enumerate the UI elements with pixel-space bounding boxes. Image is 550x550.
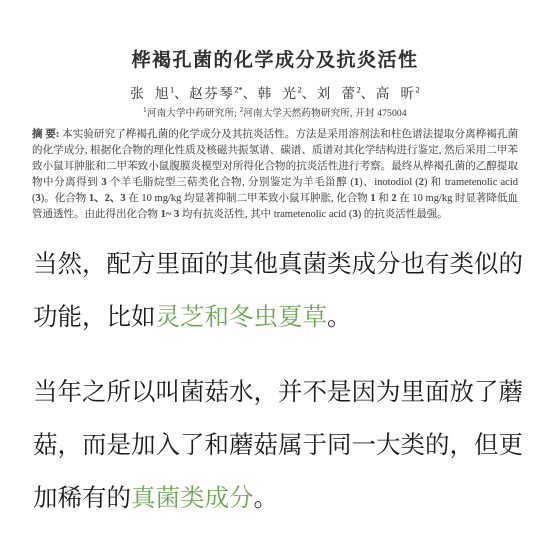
- paper-authors-line: 张 旭1、赵芬琴2*、韩 光2、刘 蕾2、高 昕2: [0, 82, 550, 102]
- text-run: 当年之所以叫菌菇水，并不是因为里面放了蘑菇，而是加入了和蘑菇属于同一大类的，但更…: [33, 379, 523, 512]
- text-run: 。: [327, 304, 352, 331]
- paper-title: 桦褐孔菌的化学成分及抗炎活性: [0, 45, 550, 72]
- commentary-paragraph-1: 当然，配方里面的其他真菌类成分也有类似的功能，比如灵芝和冬虫夏草。: [33, 238, 530, 344]
- author-separator: 、: [243, 86, 258, 101]
- text-run: 在 10 mg/kg 均显著抑制二甲苯致小鼠耳肿胀, 化合物: [126, 193, 371, 204]
- author-separator: 、: [302, 86, 317, 101]
- document-page: 桦褐孔菌的化学成分及抗炎活性 张 旭1、赵芬琴2*、韩 光2、刘 蕾2、高 昕2…: [0, 0, 550, 550]
- paper-abstract-section: 桦褐孔菌的化学成分及抗炎活性 张 旭1、赵芬琴2*、韩 光2、刘 蕾2、高 昕2…: [0, 0, 550, 223]
- commentary-paragraph-2: 当年之所以叫菌菇水，并不是因为里面放了蘑菇，而是加入了和蘑菇属于同一大类的，但更…: [33, 366, 530, 525]
- highlighted-text: 真菌类成分: [131, 485, 254, 512]
- text-run: ) 的抗炎活性最强。: [358, 209, 448, 220]
- paper-affiliation-line: 1河南大学中药研究所; 2河南大学天然药物研究所, 开封 475004: [0, 105, 550, 119]
- text-run: 1~ 3: [161, 209, 180, 220]
- author-superscript: 2*: [234, 85, 243, 95]
- text-run: )、inotodiol (: [359, 177, 419, 188]
- affiliation-text: 河南大学天然药物研究所, 开封 475004: [243, 109, 407, 119]
- author-separator: 、: [174, 86, 189, 101]
- author: 韩 光2: [258, 86, 302, 101]
- paper-abstract-text: 摘 要: 本实验研究了桦褐孔菌的化学成分及其抗炎活性。方法是采用溶剂法和柱色谱法…: [32, 127, 518, 223]
- affiliation-text: 河南大学中药研究所;: [147, 109, 240, 119]
- author-superscript: 2: [416, 85, 420, 95]
- text-run: 1、2、3: [89, 193, 126, 204]
- text-run: )。化合物: [41, 193, 89, 204]
- text-run: 和: [376, 193, 392, 204]
- author: 刘 蕾2: [317, 86, 361, 101]
- text-run: 均有抗炎活性, 其中 trametenolic acid (: [179, 209, 352, 220]
- author: 高 昕2: [376, 86, 420, 101]
- author: 张 旭1: [130, 86, 174, 101]
- highlighted-text: 灵芝和冬虫夏草: [156, 304, 328, 331]
- text-run: 。: [254, 485, 279, 512]
- text-run: 摘 要:: [32, 129, 62, 140]
- text-run: 个羊毛脂烷型三萜类化合物, 分别鉴定为羊毛甾醇 (: [107, 177, 354, 188]
- commentary-section: 当然，配方里面的其他真菌类成分也有类似的功能，比如灵芝和冬虫夏草。 当年之所以叫…: [0, 238, 550, 525]
- author-separator: 、: [361, 86, 376, 101]
- author: 赵芬琴2*: [189, 86, 243, 101]
